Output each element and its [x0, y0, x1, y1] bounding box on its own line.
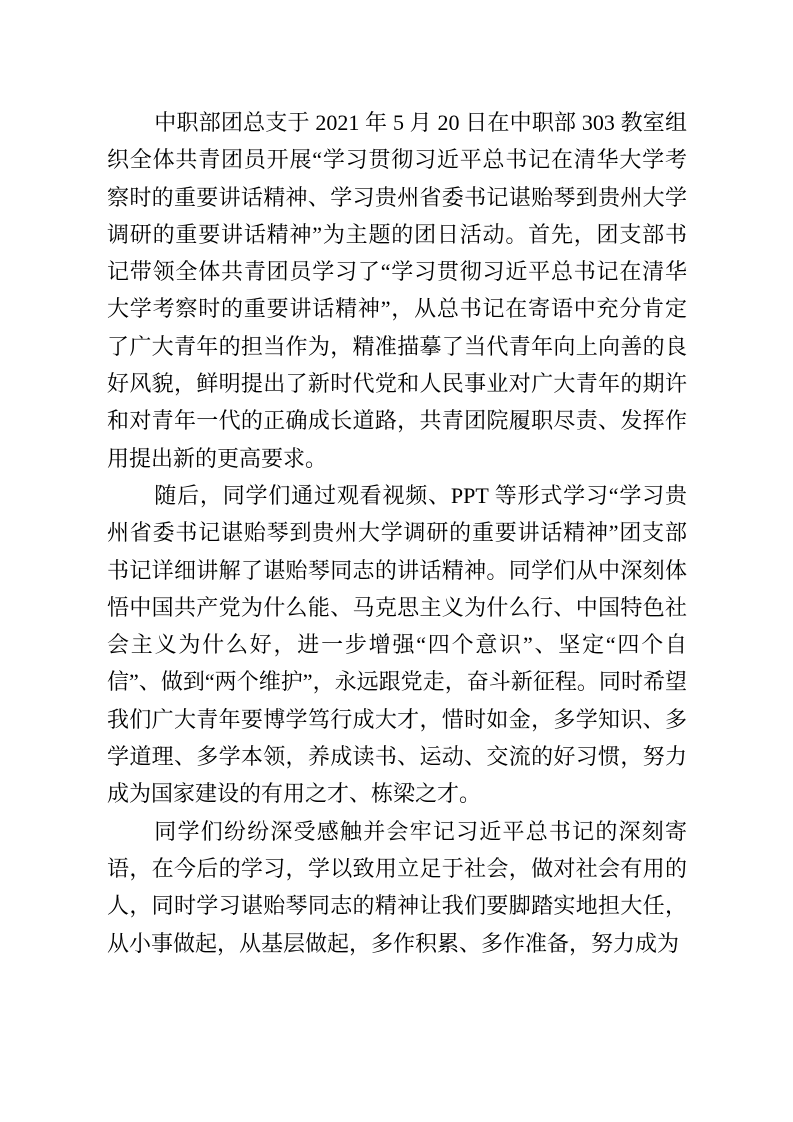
paragraph-activity-overview: 中职部团总支于 2021 年 5 月 20 日在中职部 303 教室组织全体共青…: [107, 104, 687, 477]
document-body-text: 中职部团总支于 2021 年 5 月 20 日在中职部 303 教室组织全体共青…: [107, 104, 687, 962]
paragraph-study-session: 随后，同学们通过观看视频、PPT 等形式学习“学习贵州省委书记谌贻琴到贵州大学调…: [107, 477, 687, 813]
document-page: 中职部团总支于 2021 年 5 月 20 日在中职部 303 教室组织全体共青…: [0, 0, 793, 1122]
paragraph-student-reflections: 同学们纷纷深受感触并会牢记习近平总书记的深刻寄语，在今后的学习，学以致用立足于社…: [107, 813, 687, 962]
